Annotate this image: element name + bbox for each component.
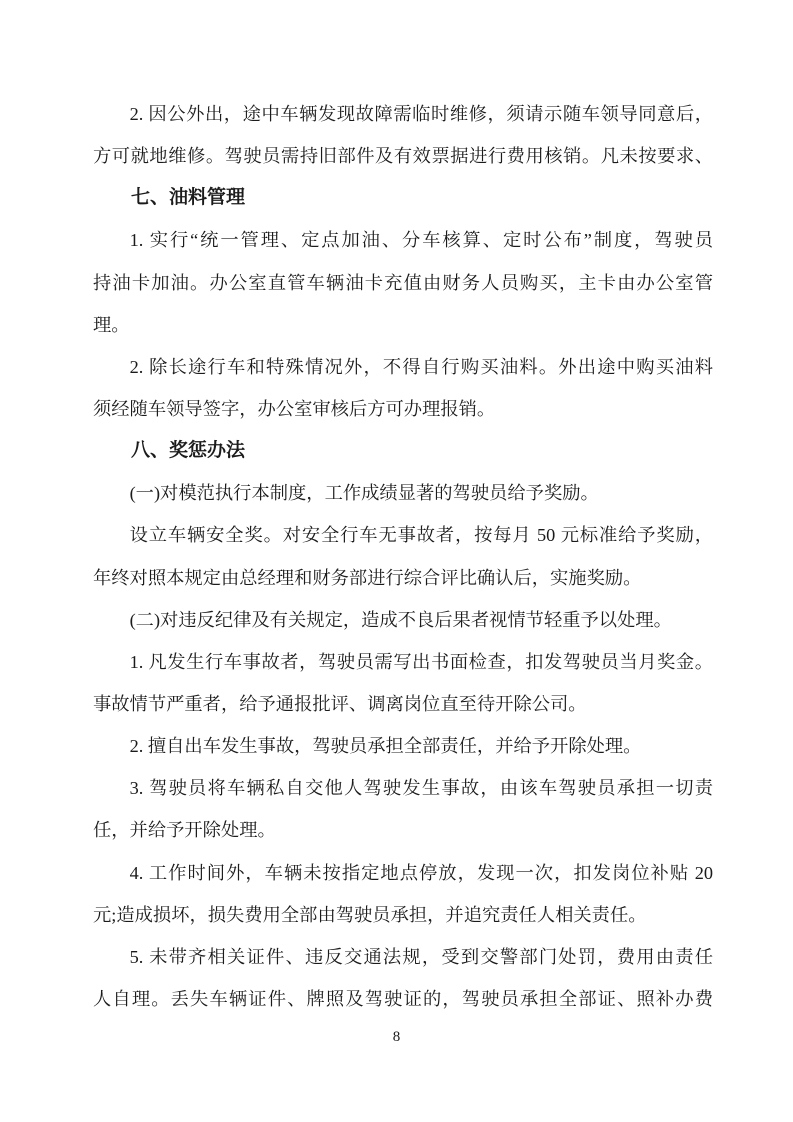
text-line: 2. 擅自出车发生事故，驾驶员承担全部责任，并给予开除处理。	[93, 725, 713, 767]
text-line: (一)对模范执行本制度，工作成绩显著的驾驶员给予奖励。	[93, 472, 713, 514]
text-line: 4. 工作时间外，车辆未按指定地点停放，发现一次，扣发岗位补贴 20	[93, 852, 713, 894]
text-line: 设立车辆安全奖。对安全行车无事故者，按每月 50 元标准给予奖励，	[93, 514, 713, 556]
document-page: 2. 因公外出，途中车辆发现故障需临时维修，须请示随车领导同意后， 方可就地维修…	[0, 0, 793, 1122]
text-line: 事故情节严重者，给予通报批评、调离岗位直至待开除公司。	[93, 683, 713, 725]
text-line: 须经随车领导签字，办公室审核后方可办理报销。	[93, 388, 713, 430]
text-line: 任，并给予开除处理。	[93, 809, 713, 851]
page-number: 8	[0, 1026, 793, 1048]
text-line: 5. 未带齐相关证件、违反交通法规，受到交警部门处罚，费用由责任	[93, 936, 713, 978]
text-line: 年终对照本规定由总经理和财务部进行综合评比确认后，实施奖励。	[93, 557, 713, 599]
section-heading-fuel-management: 七、油料管理	[93, 177, 713, 219]
text-line: 2. 除长途行车和特殊情况外，不得自行购买油料。外出途中购买油料	[93, 346, 713, 388]
text-line: 2. 因公外出，途中车辆发现故障需临时维修，须请示随车领导同意后，	[93, 93, 713, 135]
text-line: (二)对违反纪律及有关规定，造成不良后果者视情节轻重予以处理。	[93, 599, 713, 641]
text-line: 1. 凡发生行车事故者，驾驶员需写出书面检查，扣发驾驶员当月奖金。	[93, 641, 713, 683]
text-line: 方可就地维修。驾驶员需持旧部件及有效票据进行费用核销。凡未按要求、	[93, 135, 713, 177]
text-line: 持油卡加油。办公室直管车辆油卡充值由财务人员购买，主卡由办公室管	[93, 262, 713, 304]
text-line: 元;造成损坏，损失费用全部由驾驶员承担，并追究责任人相关责任。	[93, 894, 713, 936]
text-line: 1. 实行“统一管理、定点加油、分车核算、定时公布”制度，驾驶员	[93, 219, 713, 261]
text-line: 理。	[93, 304, 713, 346]
text-line: 3. 驾驶员将车辆私自交他人驾驶发生事故，由该车驾驶员承担一切责	[93, 767, 713, 809]
document-body: 2. 因公外出，途中车辆发现故障需临时维修，须请示随车领导同意后， 方可就地维修…	[93, 93, 713, 1020]
section-heading-reward-punishment: 八、奖惩办法	[93, 430, 713, 472]
text-line: 人自理。丢失车辆证件、牌照及驾驶证的，驾驶员承担全部证、照补办费	[93, 978, 713, 1020]
